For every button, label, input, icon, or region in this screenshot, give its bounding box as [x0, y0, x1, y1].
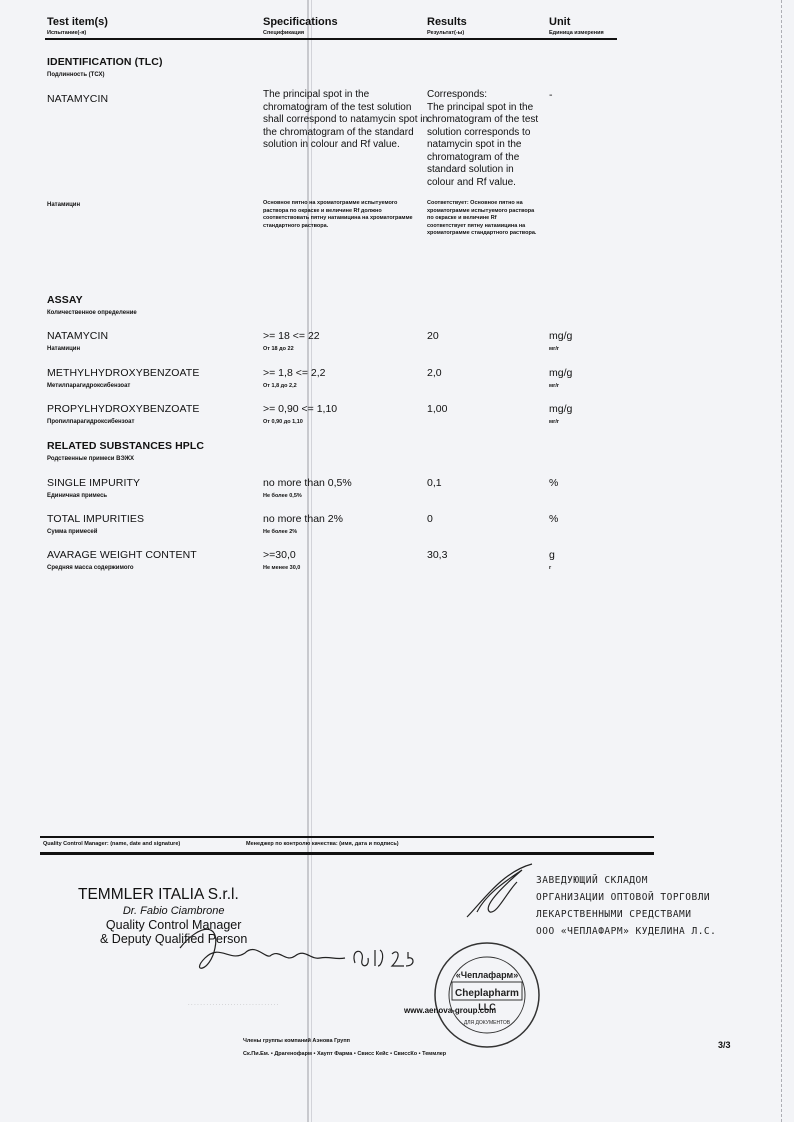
spec-value: >=30,0 — [263, 549, 296, 561]
spec-value: no more than 0,5% — [263, 477, 352, 489]
spec-value-ru: Не более 0,5% — [263, 493, 352, 499]
result-value: 0 — [427, 513, 433, 525]
qc-signature-bar: Quality Control Manager: (name, date and… — [40, 836, 654, 855]
header-label: Test item(s) — [47, 16, 108, 28]
group-members: Члены группы компаний Аэнова Групп Ск.Пи… — [243, 1035, 446, 1061]
page-number: 3/3 — [718, 1040, 731, 1050]
header-specifications: Specifications Спецификация — [263, 16, 338, 36]
unit-value: % — [549, 477, 558, 489]
section-title: ASSAY — [47, 294, 83, 306]
unit-value: mg/g — [549, 367, 572, 379]
company-round-stamp: «Чеплафарм» Cheplapharm LLC ДЛЯ ДОКУМЕНТ… — [432, 938, 542, 1053]
svg-text:Cheplapharm: Cheplapharm — [455, 988, 519, 999]
result-text-ru: Соответствует: Основное пятно на хромато… — [427, 200, 537, 238]
members-title: Члены группы компаний Аэнова Групп — [243, 1035, 446, 1048]
svg-text:«Чеплафарм»: «Чеплафарм» — [456, 970, 518, 980]
header-label: Unit — [549, 16, 570, 28]
result-value: 1,00 — [427, 403, 447, 415]
company-name: TEMMLER ITALIA S.r.l. — [78, 886, 239, 904]
item-name-ru: Средняя масса содержимого — [47, 565, 197, 571]
section-title-ru: Родственные примеси ВЭЖХ — [47, 456, 204, 462]
section-title-ru: Подлинность (ТСХ) — [47, 72, 163, 78]
qc-label: Quality Control Manager: (name, date and… — [43, 841, 180, 847]
spec-value-ru: Не более 2% — [263, 529, 343, 535]
result-value: 2,0 — [427, 367, 442, 379]
item-name-ru: Метилпарагидроксибензоат — [47, 383, 199, 389]
unit-value-ru: мг/г — [549, 419, 572, 425]
svg-text:ДЛЯ ДОКУМЕНТОВ: ДЛЯ ДОКУМЕНТОВ — [464, 1020, 511, 1026]
unit-value: mg/g — [549, 330, 572, 342]
item-name: NATAMYCIN — [47, 93, 108, 105]
handwritten-signature — [170, 918, 420, 978]
item-name-ru: Натамицин — [47, 346, 108, 352]
header-label-ru: Единица измерения — [549, 30, 604, 36]
unit-value-ru: мг/г — [549, 346, 572, 352]
spec-value-ru: От 18 до 22 — [263, 346, 320, 352]
page-edge-line — [781, 0, 783, 1122]
header-label-ru: Испытание(-я) — [47, 30, 108, 36]
item-name: PROPYLHYDROXYBENZOATE — [47, 403, 199, 415]
unit-value: mg/g — [549, 403, 572, 415]
spec-text-ru: Основное пятно на хроматограмме испытуем… — [263, 200, 423, 230]
spec-value-ru: От 0,90 до 1,10 — [263, 419, 337, 425]
spec-value-ru: Не менее 30,0 — [263, 565, 300, 571]
item-name: TOTAL IMPURITIES — [47, 513, 144, 525]
unit-value: % — [549, 513, 558, 525]
header-label-ru: Спецификация — [263, 30, 338, 36]
result-value: 30,3 — [427, 549, 447, 561]
stamp-line: ЛЕКАРСТВЕННЫМИ СРЕДСТВАМИ — [536, 906, 716, 923]
item-name-ru: Натамицин — [47, 202, 80, 208]
stamp-line: ООО «ЧЕПЛАФАРМ» КУДЕЛИНА Л.С. — [536, 923, 716, 940]
item-name-ru: Сумма примесей — [47, 529, 144, 535]
stamp-line: ЗАВЕДУЮЩИЙ СКЛАДОМ — [536, 872, 716, 889]
item-name: AVARAGE WEIGHT CONTENT — [47, 549, 197, 561]
signatory-name: Dr. Fabio Ciambrone — [100, 904, 247, 918]
section-title: IDENTIFICATION (TLC) — [47, 56, 163, 68]
item-name: NATAMYCIN — [47, 330, 108, 342]
item-name: METHYLHYDROXYBENZOATE — [47, 367, 199, 379]
result-value: 20 — [427, 330, 439, 342]
header-results: Results Результат(-ы) — [427, 16, 467, 36]
section-title: RELATED SUBSTANCES HPLC — [47, 440, 204, 452]
spec-value: >= 1,8 <= 2,2 — [263, 367, 325, 379]
spec-text: The principal spot in the chromatogram o… — [263, 89, 429, 152]
header-divider — [45, 38, 617, 40]
result-value: 0,1 — [427, 477, 442, 489]
section-title-ru: Количественное определение — [47, 310, 137, 316]
result-status: Corresponds: — [427, 89, 539, 102]
spec-value: >= 18 <= 22 — [263, 330, 320, 342]
result-text: The principal spot in the chromatogram o… — [427, 102, 539, 190]
spec-value-ru: От 1,8 до 2,2 — [263, 383, 325, 389]
header-test-items: Test item(s) Испытание(-я) — [47, 16, 108, 36]
header-label: Results — [427, 16, 467, 28]
unit-value: g — [549, 549, 555, 561]
item-name-ru: Пропилпарагидроксибензоат — [47, 419, 199, 425]
unit-value-ru: г — [549, 565, 555, 571]
qc-label-ru: Менеджер по контролю качества: (имя, дат… — [246, 841, 399, 847]
spec-value: >= 0,90 <= 1,10 — [263, 403, 337, 415]
item-name-ru: Единичная примесь — [47, 493, 140, 499]
stamp-line: ОРГАНИЗАЦИИ ОПТОВОЙ ТОРГОВЛИ — [536, 889, 716, 906]
spec-value: no more than 2% — [263, 513, 343, 525]
header-unit: Unit Единица измерения — [549, 16, 604, 36]
unit-value-ru: мг/г — [549, 383, 572, 389]
faint-footer-text: · · · · · · · · · · · · · · · · · · · · … — [188, 1002, 278, 1008]
unit-value: - — [549, 89, 553, 101]
header-label-ru: Результат(-ы) — [427, 30, 467, 36]
item-name: SINGLE IMPURITY — [47, 477, 140, 489]
header-label: Specifications — [263, 16, 338, 28]
warehouse-manager-stamp: ЗАВЕДУЮЩИЙ СКЛАДОМ ОРГАНИЗАЦИИ ОПТОВОЙ Т… — [536, 872, 716, 940]
website-link: www.aenova-group.com — [404, 1006, 496, 1015]
members-list: Ск.Пи.Ем. • Драгенофарм • Хаупт Фарма • … — [243, 1048, 446, 1061]
warehouse-signature — [462, 862, 542, 922]
